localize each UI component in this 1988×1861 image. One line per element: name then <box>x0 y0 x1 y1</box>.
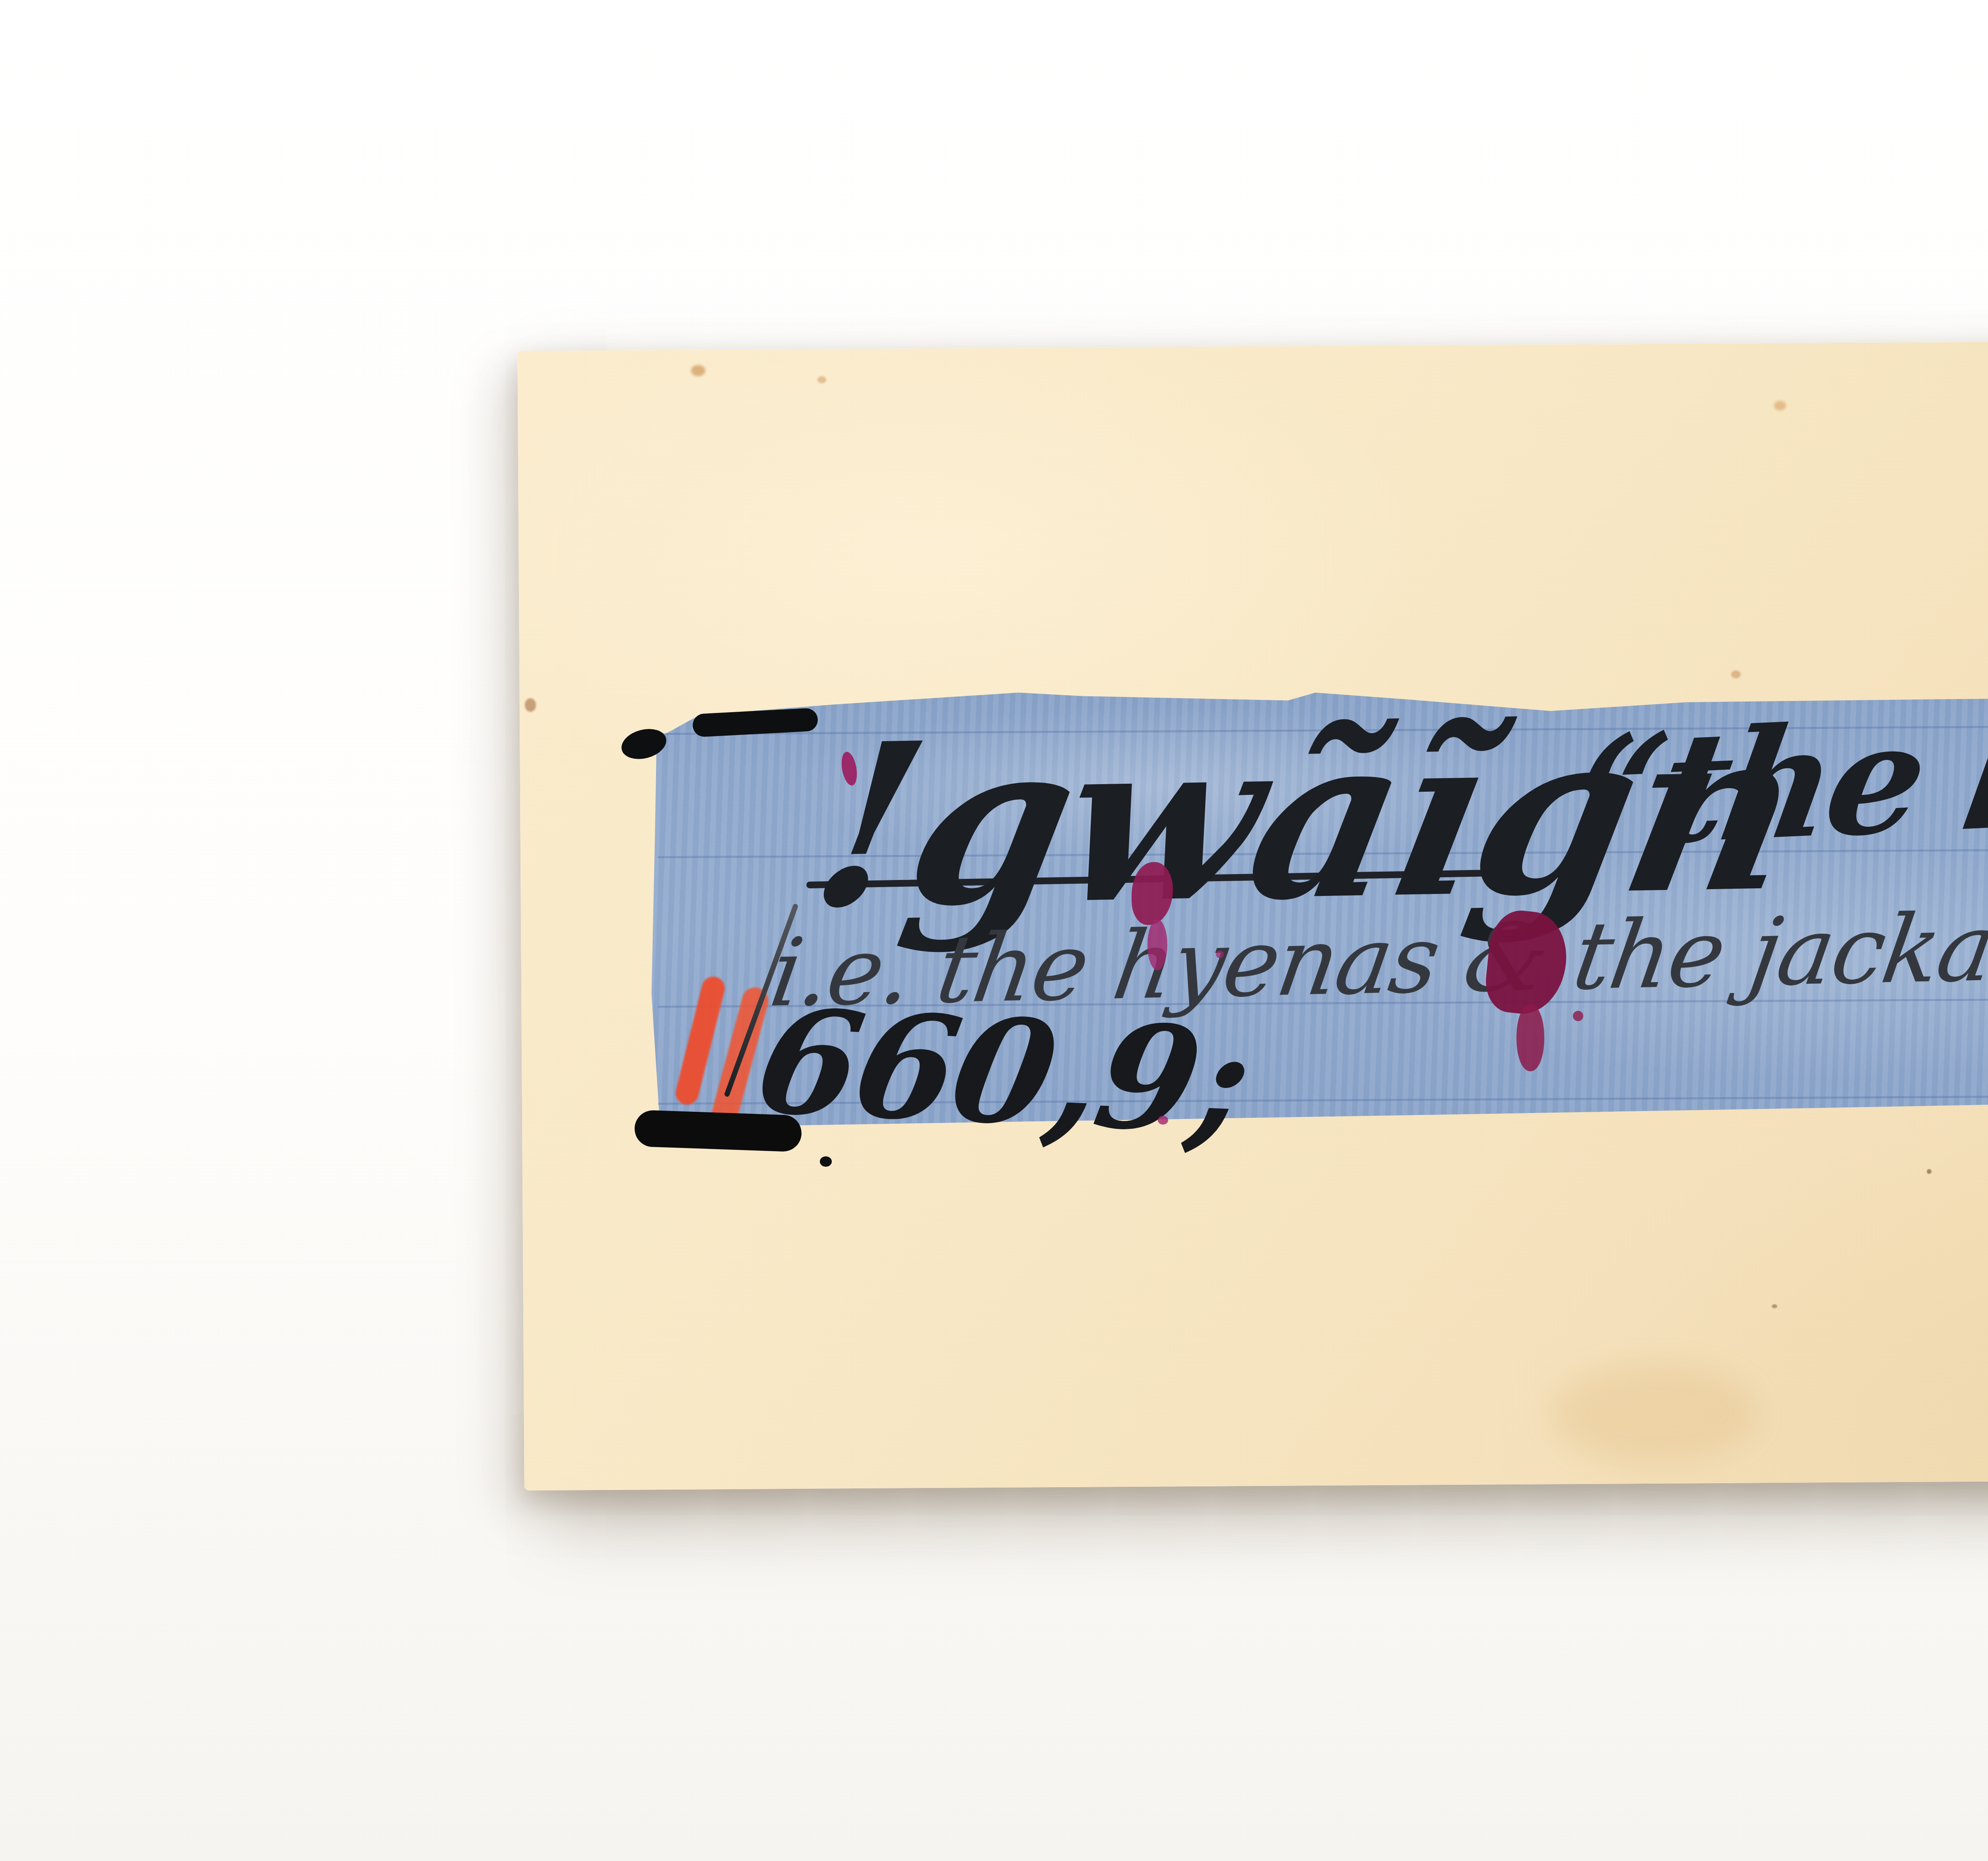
paper-stain-above-slip <box>1731 670 1741 678</box>
ink-blot-bottom-left <box>634 1110 802 1152</box>
magenta-speck-right <box>1573 1011 1583 1021</box>
gloss-text: “the hyenas” <box>1567 672 1988 869</box>
magenta-speck-1 <box>1158 1116 1168 1125</box>
paper-speck-1 <box>1927 1169 1932 1174</box>
magenta-stain-mid-tail <box>1147 919 1167 970</box>
reference-text: 660,9; <box>747 990 1260 1154</box>
paper-stain-top-left <box>691 365 705 376</box>
ink-dot-bottom <box>820 1156 832 1167</box>
paper-stain-top <box>817 376 826 383</box>
paper-stain-top-right <box>1774 401 1786 410</box>
magenta-speck-2 <box>1216 950 1224 958</box>
paper-stain-left-edge <box>525 698 536 712</box>
magenta-stain-right-drip <box>1516 1004 1544 1071</box>
paper-speck-2 <box>1772 1304 1777 1308</box>
paper-stain-bottom-large <box>1551 1364 1757 1463</box>
photograph-of-index-card: !gwãĩgn “the hyenas” i.e. the hyenas & t… <box>0 0 1988 1861</box>
